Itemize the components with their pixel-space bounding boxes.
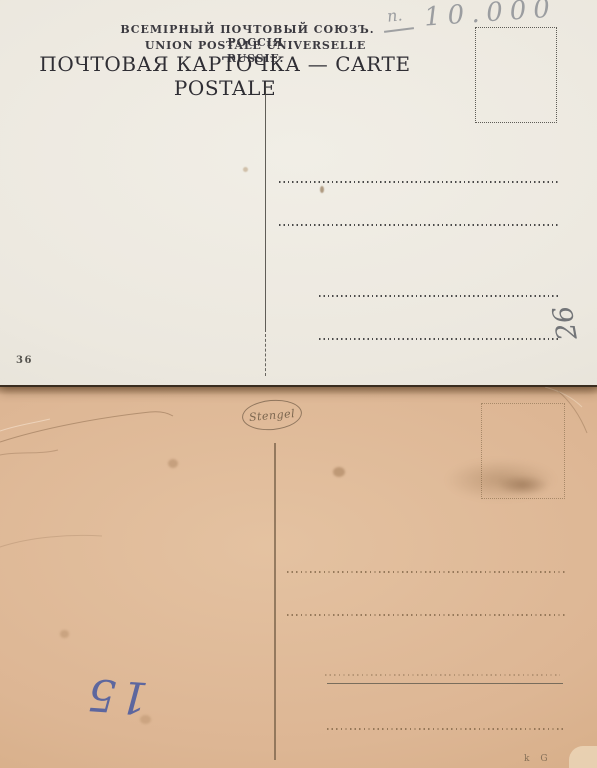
- stengel-oval-stamp: Stengel: [241, 397, 303, 432]
- union-line-ru: ВСЕМІРНЫЙ ПОЧТОВЫЙ СОЮЗЪ.: [120, 23, 374, 36]
- handwritten-squiggle: 26: [535, 297, 596, 350]
- address-line: [287, 571, 565, 573]
- stain-spot: [60, 630, 69, 638]
- address-divider-line: [274, 443, 276, 760]
- card-title: ПОЧТОВАЯ КАРТОЧКА — CARTE POSTALE: [30, 52, 420, 100]
- postcard-top-shadow: [0, 385, 597, 395]
- handwritten-prefix: п.: [386, 5, 403, 26]
- address-line: [287, 614, 565, 616]
- address-line: [319, 295, 558, 297]
- stain-spot: [320, 186, 324, 193]
- address-divider-line-dashed: [265, 334, 266, 376]
- address-line: [319, 338, 558, 340]
- stamp-box: [481, 403, 565, 499]
- address-divider-line: [265, 82, 266, 332]
- postcard-bottom: Stengel k G 15: [0, 385, 597, 768]
- publisher-mark: Stengel: [248, 407, 295, 424]
- stain-spot: [243, 167, 248, 172]
- address-line: [325, 674, 560, 676]
- postcard-top: ВСЕМІРНЫЙ ПОЧТОВЫЙ СОЮЗЪ.РОССІЯ UNION PO…: [0, 0, 597, 385]
- address-line: [279, 224, 558, 226]
- plate-number: 36: [16, 355, 33, 366]
- scanned-postcards: Stengel k G 15 ВСЕМІР: [0, 0, 597, 768]
- address-line: [327, 728, 565, 730]
- card-corner-under: [569, 746, 597, 768]
- stain-spot: [168, 459, 178, 468]
- address-line: [279, 181, 558, 183]
- printer-mark: k G: [524, 754, 552, 764]
- address-line-solid: [327, 683, 563, 684]
- handwritten-number-blue: 15: [76, 662, 156, 729]
- stamp-box: [475, 27, 557, 123]
- stain-spot: [333, 467, 345, 477]
